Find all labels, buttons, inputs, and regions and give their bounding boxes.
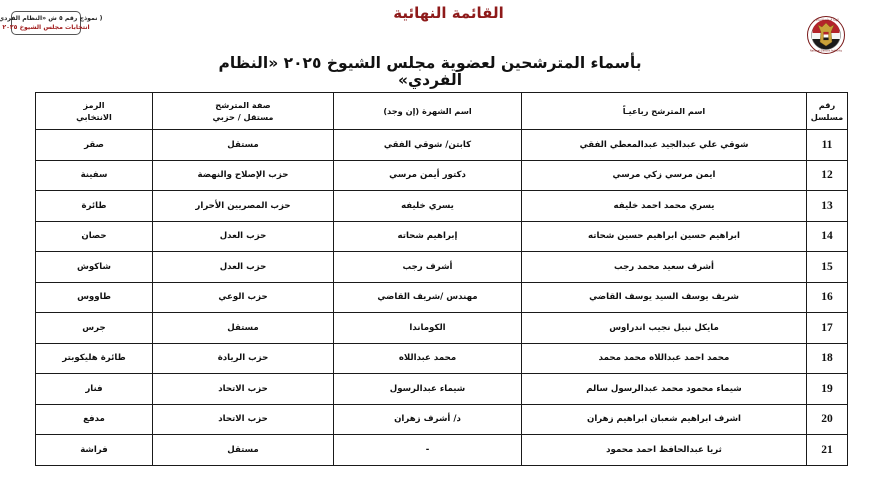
table-row: 20 اشرف ابراهيم شعبان ابراهيم زهران د/ أ… [36,404,848,435]
full-name-cell: محمد احمد عبداللاه محمد محمد [522,343,807,374]
serial-cell: 12 [807,160,848,191]
type-cell: مستقل [153,130,334,161]
symbol-cell: فراشة [36,435,153,466]
header-nickname: اسم الشهرة (إن وجد) [334,93,522,130]
serial-cell: 13 [807,191,848,222]
type-cell: مستقل [153,435,334,466]
nickname-cell: د/ أشرف زهران [334,404,522,435]
serial-cell: 16 [807,282,848,313]
nickname-cell: دكتور أيمن مرسي [334,160,522,191]
candidates-table: رقم مسلسل اسم المترشح رباعيـاً اسم الشهر… [35,92,848,466]
nickname-cell: يسري خليفه [334,191,522,222]
table-row: 16 شريف يوسف السيد يوسف القاضي مهندس /شر… [36,282,848,313]
nickname-cell: - [334,435,522,466]
full-name-cell: شوقي علي عبدالجيد عبدالمعطي الفقي [522,130,807,161]
main-title-line-2: الفردي» [170,72,690,89]
header-serial-line-2: مسلسل [807,111,847,123]
serial-cell: 19 [807,374,848,405]
serial-cell: 17 [807,313,848,344]
full-name-cell: ثريا عبدالحافظ احمد محمود [522,435,807,466]
table-row: 11 شوقي علي عبدالجيد عبدالمعطي الفقي كاب… [36,130,848,161]
header-full-name: اسم المترشح رباعيـاً [522,93,807,130]
nickname-cell: كابتن/ شوقي الفقي [334,130,522,161]
symbol-cell: جرس [36,313,153,344]
full-name-cell: أشرف سعيد محمد رجب [522,252,807,283]
type-cell: حزب الوعي [153,282,334,313]
type-cell: حزب المصريين الأحرار [153,191,334,222]
serial-cell: 20 [807,404,848,435]
header-serial-line-1: رقم [807,99,847,111]
symbol-cell: فنار [36,374,153,405]
nickname-cell: محمد عبداللاه [334,343,522,374]
symbol-cell: مدفع [36,404,153,435]
national-election-authority-logo-icon: الهيئة الوطنية للانتخابات National Elect… [806,10,846,62]
table-row: 15 أشرف سعيد محمد رجب أشرف رجب حزب العدل… [36,252,848,283]
serial-cell: 18 [807,343,848,374]
full-name-cell: اشرف ابراهيم شعبان ابراهيم زهران [522,404,807,435]
main-title-line-1: بأسماء المترشحين لعضوية مجلس الشيوخ ٢٠٢٥… [170,55,690,72]
serial-cell: 21 [807,435,848,466]
type-cell: حزب العدل [153,252,334,283]
header-type-line-1: صفة المترشح [153,99,333,111]
type-cell: حزب الاتحاد [153,404,334,435]
full-name-cell: ايمن مرسي زكي مرسي [522,160,807,191]
table-row: 14 ابراهيم حسين ابراهيم حسين شحاته إبراه… [36,221,848,252]
final-list-title: القائمة النهائية [0,4,887,22]
type-cell: حزب الريادة [153,343,334,374]
table-row: 21 ثريا عبدالحافظ احمد محمود - مستقل فرا… [36,435,848,466]
table-row: 13 يسري محمد احمد خليفه يسري خليفه حزب ا… [36,191,848,222]
symbol-cell: سفينة [36,160,153,191]
table-row: 18 محمد احمد عبداللاه محمد محمد محمد عبد… [36,343,848,374]
symbol-cell: طاووس [36,282,153,313]
full-name-cell: مايكل نبيل نجيب اندراوس [522,313,807,344]
svg-text:National Election Authority: National Election Authority [810,50,843,53]
type-cell: حزب الإصلاح والنهضة [153,160,334,191]
nickname-cell: شيماء عبدالرسول [334,374,522,405]
header-serial: رقم مسلسل [807,93,848,130]
full-name-cell: شيماء محمود محمد عبدالرسول سالم [522,374,807,405]
serial-cell: 11 [807,130,848,161]
full-name-cell: شريف يوسف السيد يوسف القاضي [522,282,807,313]
serial-cell: 14 [807,221,848,252]
serial-cell: 15 [807,252,848,283]
header-type-line-2: مستقل / حزبي [153,111,333,123]
symbol-cell: صقر [36,130,153,161]
header-symbol-line-1: الرمز [36,99,152,111]
nickname-cell: إبراهيم شحاته [334,221,522,252]
table-header-row: رقم مسلسل اسم المترشح رباعيـاً اسم الشهر… [36,93,848,130]
header-symbol-line-2: الانتخابي [36,111,152,123]
full-name-cell: ابراهيم حسين ابراهيم حسين شحاته [522,221,807,252]
svg-text:الهيئة الوطنية للانتخابات: الهيئة الوطنية للانتخابات [813,19,839,22]
main-title: بأسماء المترشحين لعضوية مجلس الشيوخ ٢٠٢٥… [170,55,690,89]
table-row: 17 مايكل نبيل نجيب اندراوس الكوماندا مست… [36,313,848,344]
symbol-cell: طائرة [36,191,153,222]
full-name-cell: يسري محمد احمد خليفه [522,191,807,222]
table-row: 12 ايمن مرسي زكي مرسي دكتور أيمن مرسي حز… [36,160,848,191]
table-row: 19 شيماء محمود محمد عبدالرسول سالم شيماء… [36,374,848,405]
nickname-cell: مهندس /شريف القاضي [334,282,522,313]
header-candidate-type: صفة المترشح مستقل / حزبي [153,93,334,130]
nickname-cell: أشرف رجب [334,252,522,283]
symbol-cell: طائرة هليكوبتر [36,343,153,374]
type-cell: مستقل [153,313,334,344]
nickname-cell: الكوماندا [334,313,522,344]
document-page: ( نموذج رقم ٥ ش «النظام الفردي» ) انتخاب… [0,0,887,482]
election-label: انتخابات مجلس الشيوخ ٢٠٢٥ [2,23,89,32]
symbol-cell: حصان [36,221,153,252]
header-electoral-symbol: الرمز الانتخابي [36,93,153,130]
type-cell: حزب الاتحاد [153,374,334,405]
type-cell: حزب العدل [153,221,334,252]
symbol-cell: شاكوش [36,252,153,283]
